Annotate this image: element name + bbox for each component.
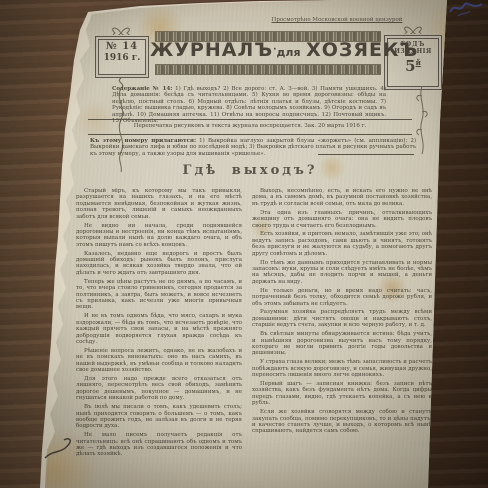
body-column-left: Старый міръ, къ которому мы такъ привыкл… — [76, 188, 242, 488]
blue-pencil-mark — [448, 0, 486, 18]
masthead-word1: ЖУРНАЛЪ — [150, 39, 273, 61]
photograph: Просмотрѣно Московской военной цензурой … — [0, 0, 488, 488]
issue-number: № 14 — [96, 41, 148, 52]
reprint-prohibition-notice: Перепечатка рисунковъ и текста журнала в… — [110, 123, 390, 129]
divider-rule — [88, 134, 412, 135]
article-headline: Гдѣ выходъ? — [150, 163, 350, 178]
issue-year: 1916 г. — [96, 53, 148, 63]
masthead-title: ЖУРНАЛЪ·для ХОЗЯЕКЪ — [150, 39, 386, 61]
bow-ornament-icon — [108, 25, 134, 35]
ornament-band-bottom — [155, 64, 381, 75]
issue-number-box: № 14 1916 г. — [95, 36, 149, 78]
masthead-word3: ХОЗЯЕКЪ — [306, 39, 418, 61]
filler-rule — [318, 154, 414, 155]
binding-thread — [42, 436, 76, 462]
body-column-right: Выходъ, несомнѣнно, есть, и искать его н… — [252, 188, 432, 488]
article-body: Старый міръ, къ которому мы такъ привыкл… — [76, 188, 432, 488]
divider-rule — [88, 119, 412, 120]
masthead-word2: для — [277, 46, 301, 59]
censor-note: Просмотрѣно Московской военной цензурой — [252, 17, 422, 23]
bow-ornament-icon — [400, 24, 426, 34]
